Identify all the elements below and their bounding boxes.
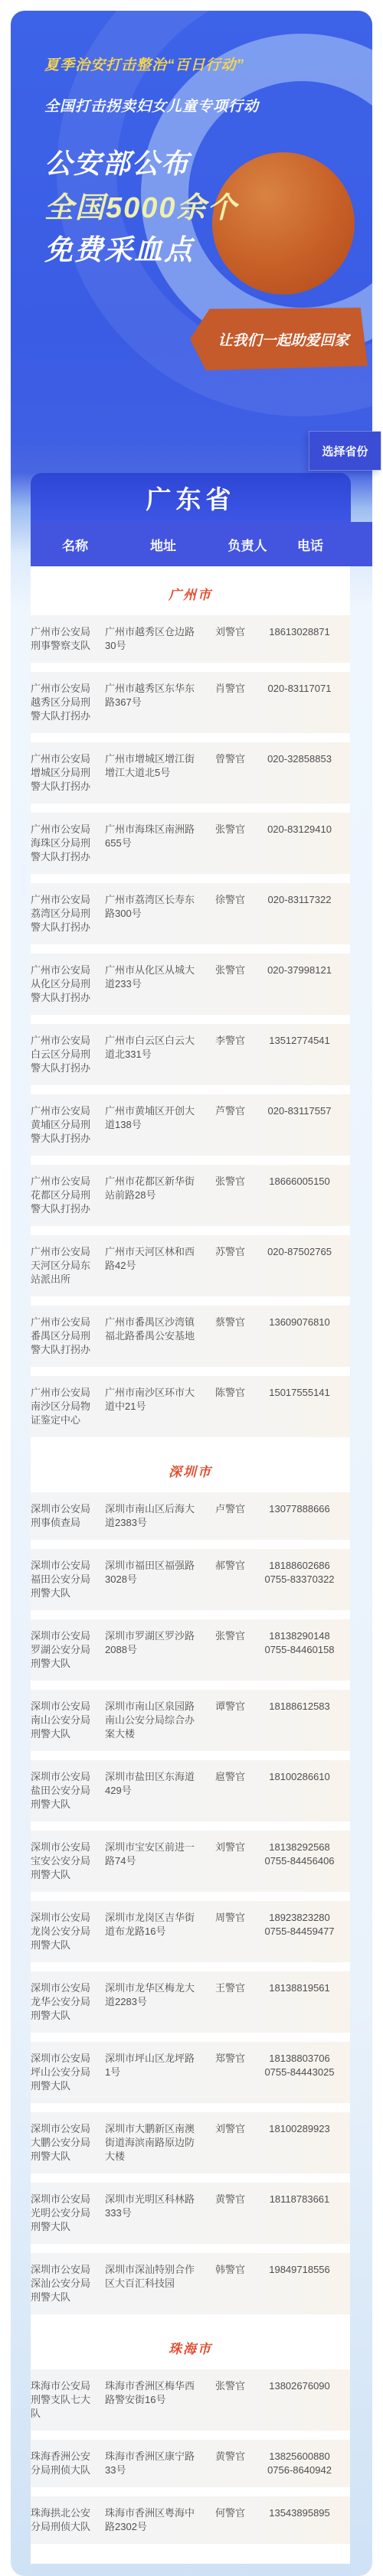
table-row: 广州市公安局从化区分局刑警大队打拐办 广州市从化区从城大道233号 张警官 02… bbox=[31, 954, 350, 1015]
city-section-title: 深圳市 bbox=[31, 1446, 350, 1492]
site-officer: 张警官 bbox=[215, 964, 258, 977]
site-name: 广州市公安局增城区分局刑警大队打拐办 bbox=[31, 752, 98, 794]
site-address: 广州市从化区从城大道233号 bbox=[105, 964, 200, 991]
site-officer: 黄警官 bbox=[215, 2450, 258, 2464]
table-row: 广州市公安局海珠区分局刑警大队打拐办 广州市海珠区南洲路655号 张警官 020… bbox=[31, 813, 350, 874]
table-row: 深圳市公安局坪山公安分局刑警大队 深圳市坪山区龙坪路1号 郑警官 1813880… bbox=[31, 2042, 350, 2103]
site-address: 珠海市香洲区梅华西路警安街16号 bbox=[105, 2379, 200, 2407]
table-row: 深圳市公安局南山公安分局刑警大队 深圳市南山区泉园路南山公安分局综合办案大楼 谭… bbox=[31, 1690, 350, 1751]
site-phone: 189238232800755-84459477 bbox=[261, 1911, 338, 1939]
site-name: 广州市公安局荔湾区分局刑警大队打拐办 bbox=[31, 893, 98, 934]
province-table-body: 广州市 广州市公安局刑事警察支队 广州市越秀区仓边路30号 刘警官 186130… bbox=[31, 566, 350, 2564]
site-officer: 王警官 bbox=[215, 1981, 258, 1995]
site-address: 珠海市香洲区康宁路33号 bbox=[105, 2450, 200, 2477]
site-name: 深圳市公安局南山公安分局刑警大队 bbox=[31, 1700, 98, 1741]
site-address: 深圳市罗湖区罗沙路2088号 bbox=[105, 1629, 200, 1657]
city-rows: 广州市公安局刑事警察支队 广州市越秀区仓边路30号 刘警官 1861302887… bbox=[31, 615, 350, 1437]
site-phone: 020-37998121 bbox=[261, 964, 338, 977]
column-header-phone: 电话 bbox=[272, 535, 349, 554]
site-address: 广州市荔湾区长寿东路300号 bbox=[105, 893, 200, 921]
site-officer: 扈警官 bbox=[215, 1770, 258, 1784]
site-phone: 181382901480755-84460158 bbox=[261, 1629, 338, 1657]
site-officer: 陈警官 bbox=[215, 1386, 258, 1400]
site-phone: 020-87502765 bbox=[261, 1245, 338, 1259]
column-header-officer: 负责人 bbox=[226, 535, 269, 554]
site-address: 深圳市宝安区前进一路74号 bbox=[105, 1841, 200, 1868]
city-section: 珠海市 珠海市公安局刑警支队七大队 珠海市香洲区梅华西路警安街16号 张警官 1… bbox=[31, 2323, 350, 2544]
site-name: 广州市公安局南沙区分局物证鉴定中心 bbox=[31, 1386, 98, 1427]
site-name: 深圳市公安局龙岗公安分局刑警大队 bbox=[31, 1911, 98, 1952]
poster-header-art: 夏季治安打击整治“百日行动” 全国打击拐卖妇女儿童专项行动 公安部公布 全国50… bbox=[11, 11, 372, 473]
site-address: 深圳市南山区泉园路南山公安分局综合办案大楼 bbox=[105, 1700, 200, 1741]
city-section: 广州市 广州市公安局刑事警察支队 广州市越秀区仓边路30号 刘警官 186130… bbox=[31, 569, 350, 1437]
site-officer: 黄警官 bbox=[215, 2193, 258, 2206]
site-phone: 13512774541 bbox=[261, 1034, 338, 1048]
site-phone: 18100289923 bbox=[261, 2122, 338, 2136]
select-province-button[interactable]: 选择省份 bbox=[309, 432, 381, 470]
site-phone: 18100286610 bbox=[261, 1770, 338, 1784]
city-section-title: 珠海市 bbox=[31, 2323, 350, 2369]
site-name: 深圳市公安局盐田公安分局刑警大队 bbox=[31, 1770, 98, 1811]
site-phone: 020-83117557 bbox=[261, 1104, 338, 1118]
site-address: 深圳市南山区后海大道2383号 bbox=[105, 1502, 200, 1530]
table-row: 珠海市公安局刑警支队七大队 珠海市香洲区梅华西路警安街16号 张警官 13802… bbox=[31, 2369, 350, 2431]
site-phone: 19849718556 bbox=[261, 2263, 338, 2277]
site-name: 深圳市公安局宝安公安分局刑警大队 bbox=[31, 1841, 98, 1882]
campaign-tagline-2: 全国打击拐卖妇女儿童专项行动 bbox=[44, 95, 259, 116]
site-officer: 肖警官 bbox=[215, 682, 258, 696]
site-address: 深圳市大鹏新区南澳街道海滨南路原边防大楼 bbox=[105, 2122, 200, 2164]
site-phone: 138256008800756-8640942 bbox=[261, 2450, 338, 2477]
table-row: 广州市公安局荔湾区分局刑警大队打拐办 广州市荔湾区长寿东路300号 徐警官 02… bbox=[31, 883, 350, 944]
site-phone: 13802676090 bbox=[261, 2379, 338, 2393]
site-address: 广州市南沙区环市大道中21号 bbox=[105, 1386, 200, 1414]
site-address: 广州市番禺区沙湾镇福北路番禺公安基地 bbox=[105, 1316, 200, 1343]
site-officer: 张警官 bbox=[215, 1629, 258, 1643]
table-row: 珠海拱北公安分局刑侦大队 珠海市香洲区粤海中路2302号 何警官 1354389… bbox=[31, 2496, 350, 2544]
site-name: 广州市公安局天河区分局东站派出所 bbox=[31, 1245, 98, 1286]
site-name: 深圳市公安局福田公安分局刑警大队 bbox=[31, 1559, 98, 1600]
site-officer: 韩警官 bbox=[215, 2263, 258, 2277]
table-row: 广州市公安局越秀区分局刑警大队打拐办 广州市越秀区东华东路367号 肖警官 02… bbox=[31, 672, 350, 733]
site-phone: 020-83129410 bbox=[261, 823, 338, 836]
table-row: 深圳市公安局罗湖公安分局刑警大队 深圳市罗湖区罗沙路2088号 张警官 1813… bbox=[31, 1619, 350, 1681]
site-address: 广州市增城区增江街增江大道北5号 bbox=[105, 752, 200, 780]
site-address: 广州市海珠区南洲路655号 bbox=[105, 823, 200, 850]
site-officer: 周警官 bbox=[215, 1911, 258, 1925]
site-name: 广州市公安局黄埔区分局刑警大队打拐办 bbox=[31, 1104, 98, 1146]
site-phone: 13543895895 bbox=[261, 2506, 338, 2520]
site-name: 珠海香洲公安分局刑侦大队 bbox=[31, 2450, 98, 2477]
slogan-ribbon: 让我们一起助爱回家 bbox=[190, 308, 368, 370]
table-row: 深圳市公安局深汕公安分局刑警大队 深圳市深汕特别合作区大百汇科技园 韩警官 19… bbox=[31, 2253, 350, 2314]
site-phone: 020-83117071 bbox=[261, 682, 338, 696]
table-row: 珠海香洲公安分局刑侦大队 珠海市香洲区康宁路33号 黄警官 1382560088… bbox=[31, 2440, 350, 2487]
city-section: 深圳市 深圳市公安局刑事侦查局 深圳市南山区后海大道2383号 卢警官 1307… bbox=[31, 1446, 350, 2314]
table-row: 广州市公安局番禺区分局刑警大队打拐办 广州市番禺区沙湾镇福北路番禺公安基地 蔡警… bbox=[31, 1306, 350, 1367]
table-row: 深圳市公安局龙岗公安分局刑警大队 深圳市龙岗区吉华街道布龙路16号 周警官 18… bbox=[31, 1901, 350, 1962]
site-name: 深圳市公安局光明公安分局刑警大队 bbox=[31, 2193, 98, 2234]
site-address: 深圳市龙岗区吉华街道布龙路16号 bbox=[105, 1911, 200, 1939]
site-phone: 18138819561 bbox=[261, 1981, 338, 1995]
site-officer: 刘警官 bbox=[215, 625, 258, 639]
city-rows: 深圳市公安局刑事侦查局 深圳市南山区后海大道2383号 卢警官 13077888… bbox=[31, 1492, 350, 2314]
site-name: 广州市公安局番禺区分局刑警大队打拐办 bbox=[31, 1316, 98, 1357]
table-row: 深圳市公安局宝安公安分局刑警大队 深圳市宝安区前进一路74号 刘警官 18138… bbox=[31, 1831, 350, 1892]
site-address: 广州市越秀区仓边路30号 bbox=[105, 625, 200, 653]
site-phone: 13077888666 bbox=[261, 1502, 338, 1516]
site-officer: 芦警官 bbox=[215, 1104, 258, 1118]
site-address: 广州市白云区白云大道北331号 bbox=[105, 1034, 200, 1061]
province-tab-guangdong[interactable]: 广东省 bbox=[31, 473, 351, 522]
table-row: 广州市公安局刑事警察支队 广州市越秀区仓边路30号 刘警官 1861302887… bbox=[31, 615, 350, 663]
site-officer: 张警官 bbox=[215, 823, 258, 836]
site-officer: 谭警官 bbox=[215, 1700, 258, 1714]
table-header-row: 名称 地址 负责人 电话 bbox=[31, 522, 372, 566]
site-address: 珠海市香洲区粤海中路2302号 bbox=[105, 2506, 200, 2534]
site-phone: 18188612583 bbox=[261, 1700, 338, 1714]
site-name: 珠海拱北公安分局刑侦大队 bbox=[31, 2506, 98, 2534]
site-name: 深圳市公安局刑事侦查局 bbox=[31, 1502, 98, 1530]
site-phone: 18613028871 bbox=[261, 625, 338, 639]
site-phone: 18118783661 bbox=[261, 2193, 338, 2206]
site-name: 广州市公安局花都区分局刑警大队打拐办 bbox=[31, 1175, 98, 1216]
site-phone: 181886026860755-83370322 bbox=[261, 1559, 338, 1586]
site-phone: 18666005150 bbox=[261, 1175, 338, 1189]
site-address: 广州市黄埔区开创大道138号 bbox=[105, 1104, 200, 1132]
table-row: 深圳市公安局大鹏公安分局刑警大队 深圳市大鹏新区南澳街道海滨南路原边防大楼 刘警… bbox=[31, 2112, 350, 2173]
poster-title-line2: 全国5000余个 bbox=[44, 184, 238, 226]
site-phone: 020-32858853 bbox=[261, 752, 338, 766]
city-rows: 珠海市公安局刑警支队七大队 珠海市香洲区梅华西路警安街16号 张警官 13802… bbox=[31, 2369, 350, 2544]
site-officer: 郑警官 bbox=[215, 2052, 258, 2066]
table-row: 深圳市公安局福田公安分局刑警大队 深圳市福田区福强路3028号 郝警官 1818… bbox=[31, 1549, 350, 1610]
table-row: 广州市公安局增城区分局刑警大队打拐办 广州市增城区增江街增江大道北5号 曾警官 … bbox=[31, 742, 350, 804]
table-row: 深圳市公安局盐田公安分局刑警大队 深圳市盐田区东海道429号 扈警官 18100… bbox=[31, 1760, 350, 1821]
site-phone: 181382925680755-84456406 bbox=[261, 1841, 338, 1868]
site-officer: 郝警官 bbox=[215, 1559, 258, 1573]
site-address: 深圳市坪山区龙坪路1号 bbox=[105, 2052, 200, 2079]
table-row: 广州市公安局南沙区分局物证鉴定中心 广州市南沙区环市大道中21号 陈警官 150… bbox=[31, 1376, 350, 1437]
site-name: 广州市公安局刑事警察支队 bbox=[31, 625, 98, 653]
site-officer: 蔡警官 bbox=[215, 1316, 258, 1329]
site-address: 广州市花都区新华街站前路28号 bbox=[105, 1175, 200, 1202]
table-row: 广州市公安局白云区分局刑警大队打拐办 广州市白云区白云大道北331号 李警官 1… bbox=[31, 1024, 350, 1085]
site-address: 深圳市光明区科林路333号 bbox=[105, 2193, 200, 2220]
table-row: 广州市公安局花都区分局刑警大队打拐办 广州市花都区新华街站前路28号 张警官 1… bbox=[31, 1165, 350, 1226]
site-officer: 刘警官 bbox=[215, 2122, 258, 2136]
column-header-address: 地址 bbox=[116, 535, 211, 554]
site-officer: 苏警官 bbox=[215, 1245, 258, 1259]
site-address: 广州市越秀区东华东路367号 bbox=[105, 682, 200, 709]
poster-title-line3: 免费采血点 bbox=[44, 227, 194, 268]
campaign-poster: 夏季治安打击整治“百日行动” 全国打击拐卖妇女儿童专项行动 公安部公布 全国50… bbox=[11, 11, 372, 2576]
site-phone: 181388037060755-84443025 bbox=[261, 2052, 338, 2079]
site-phone: 020-83117322 bbox=[261, 893, 338, 907]
slogan-ribbon-text: 让我们一起助爱回家 bbox=[208, 329, 349, 350]
table-row: 深圳市公安局龙华公安分局刑警大队 深圳市龙华区梅龙大道2283号 王警官 181… bbox=[31, 1971, 350, 2033]
site-address: 深圳市龙华区梅龙大道2283号 bbox=[105, 1981, 200, 2009]
site-name: 深圳市公安局坪山公安分局刑警大队 bbox=[31, 2052, 98, 2093]
site-address: 深圳市盐田区东海道429号 bbox=[105, 1770, 200, 1798]
site-name: 深圳市公安局龙华公安分局刑警大队 bbox=[31, 1981, 98, 2023]
site-phone: 13609076810 bbox=[261, 1316, 338, 1329]
poster-title-line1: 公安部公布 bbox=[44, 142, 190, 181]
site-name: 深圳市公安局深汕公安分局刑警大队 bbox=[31, 2263, 98, 2304]
site-officer: 李警官 bbox=[215, 1034, 258, 1048]
site-officer: 刘警官 bbox=[215, 1841, 258, 1854]
site-address: 深圳市深汕特别合作区大百汇科技园 bbox=[105, 2263, 200, 2291]
site-officer: 曾警官 bbox=[215, 752, 258, 766]
site-phone: 15017555141 bbox=[261, 1386, 338, 1400]
column-header-name: 名称 bbox=[41, 535, 109, 554]
city-section-title: 广州市 bbox=[31, 569, 350, 615]
site-officer: 张警官 bbox=[215, 1175, 258, 1189]
site-name: 深圳市公安局大鹏公安分局刑警大队 bbox=[31, 2122, 98, 2164]
table-row: 广州市公安局天河区分局东站派出所 广州市天河区林和西路42号 苏警官 020-8… bbox=[31, 1235, 350, 1296]
table-row: 深圳市公安局刑事侦查局 深圳市南山区后海大道2383号 卢警官 13077888… bbox=[31, 1492, 350, 1540]
site-officer: 徐警官 bbox=[215, 893, 258, 907]
site-officer: 何警官 bbox=[215, 2506, 258, 2520]
site-name: 广州市公安局海珠区分局刑警大队打拐办 bbox=[31, 823, 98, 864]
site-officer: 张警官 bbox=[215, 2379, 258, 2393]
site-address: 深圳市福田区福强路3028号 bbox=[105, 1559, 200, 1586]
site-name: 广州市公安局白云区分局刑警大队打拐办 bbox=[31, 1034, 98, 1075]
site-address: 广州市天河区林和西路42号 bbox=[105, 1245, 200, 1273]
site-name: 广州市公安局从化区分局刑警大队打拐办 bbox=[31, 964, 98, 1005]
site-name: 珠海市公安局刑警支队七大队 bbox=[31, 2379, 98, 2421]
table-row: 深圳市公安局光明公安分局刑警大队 深圳市光明区科林路333号 黄警官 18118… bbox=[31, 2183, 350, 2244]
campaign-tagline-1: 夏季治安打击整治“百日行动” bbox=[44, 54, 244, 74]
site-officer: 卢警官 bbox=[215, 1502, 258, 1516]
table-row: 广州市公安局黄埔区分局刑警大队打拐办 广州市黄埔区开创大道138号 芦警官 02… bbox=[31, 1094, 350, 1156]
site-name: 深圳市公安局罗湖公安分局刑警大队 bbox=[31, 1629, 98, 1671]
site-name: 广州市公安局越秀区分局刑警大队打拐办 bbox=[31, 682, 98, 723]
